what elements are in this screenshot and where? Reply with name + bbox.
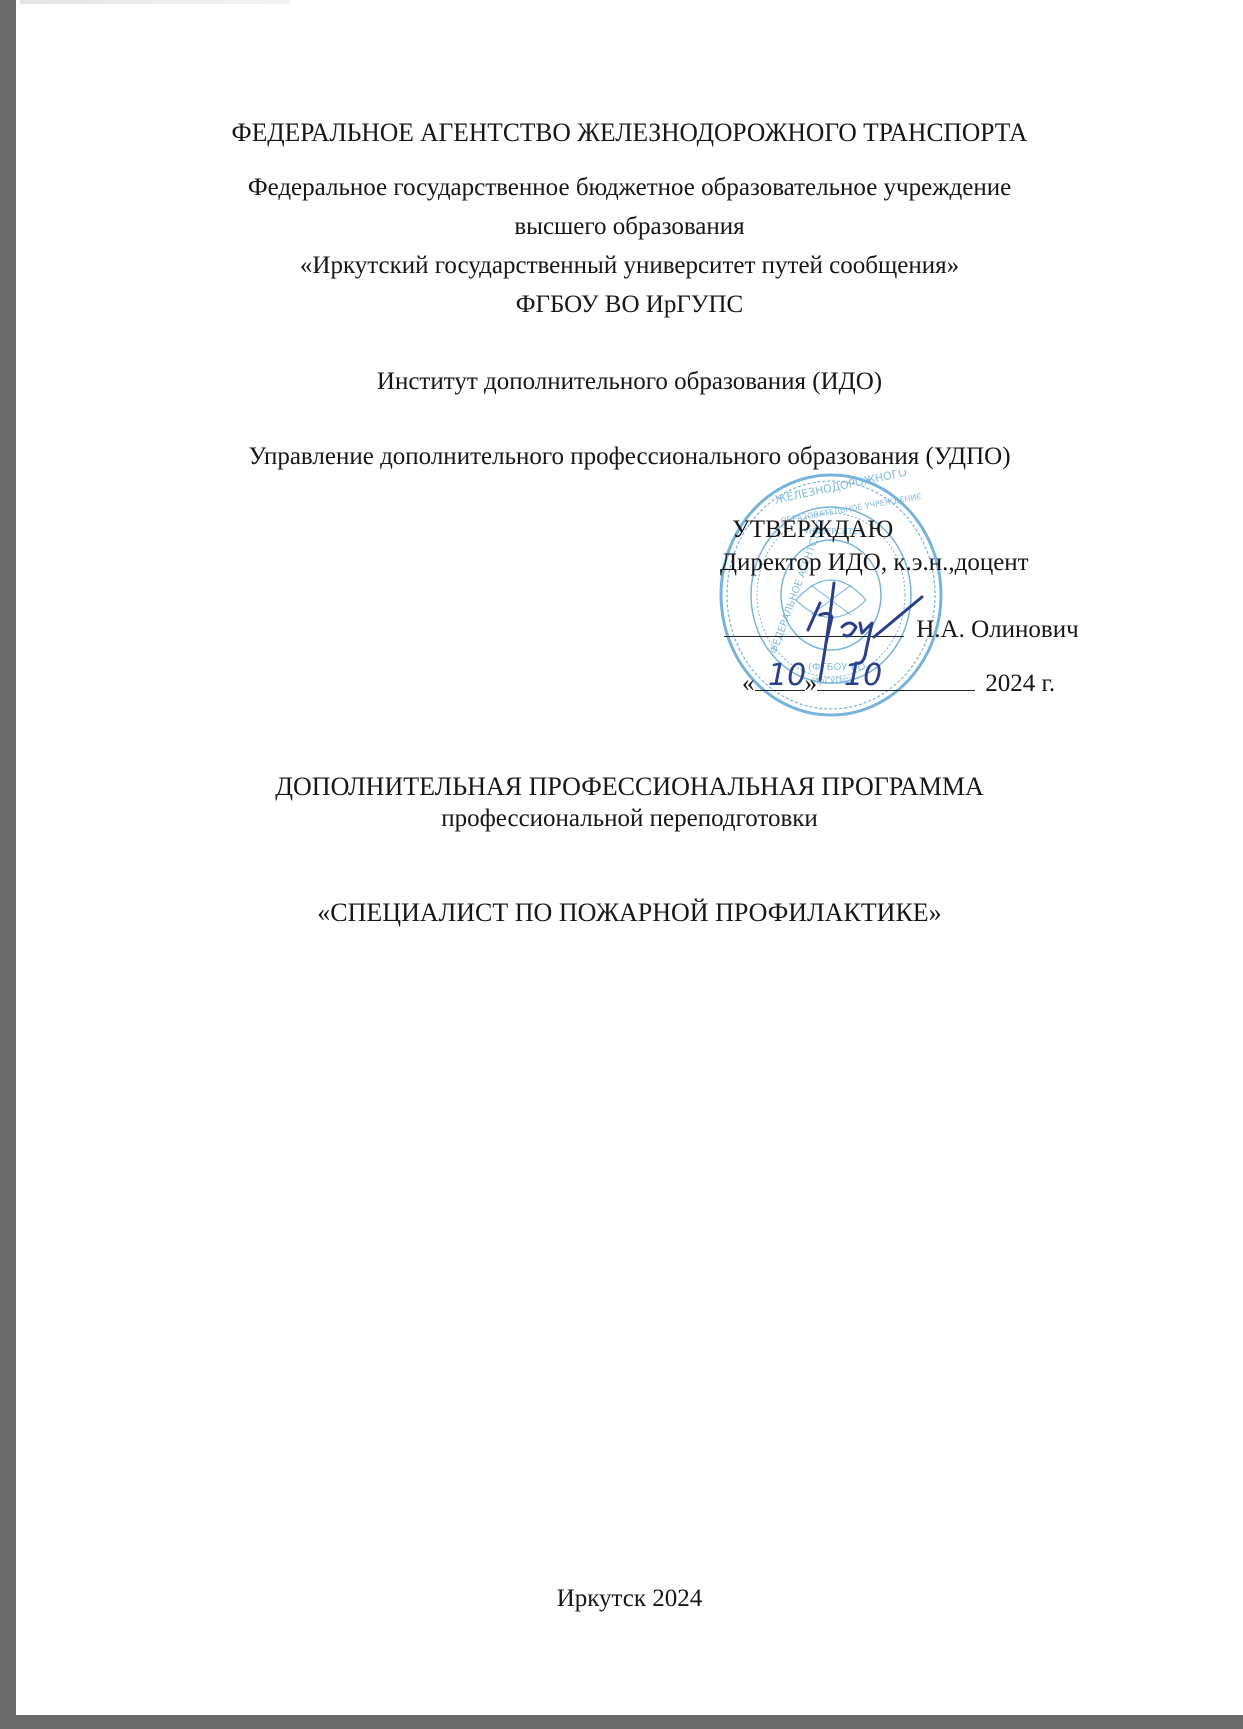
approver-name: Н.А. Олинович: [916, 616, 1078, 643]
scan-left-border: [0, 0, 16, 1729]
approver-role: Директор ИДО, к.э.н.,доцент: [720, 548, 1029, 578]
handwritten-date-day: 10: [768, 658, 806, 693]
institution-line-2: высшего образования: [16, 212, 1243, 242]
scan-bottom-border: [0, 1715, 1243, 1729]
scan-top-artifact: [20, 0, 290, 4]
program-subtype: профессиональной переподготовки: [16, 804, 1243, 834]
date-open-quote: «: [742, 670, 755, 697]
date-year: 2024 г.: [985, 670, 1055, 697]
institution-line-1: Федеральное государственное бюджетное об…: [16, 173, 1243, 203]
institution-abbreviation: ФГБОУ ВО ИрГУПС: [16, 290, 1243, 320]
agency-name: ФЕДЕРАЛЬНОЕ АГЕНТСТВО ЖЕЛЕЗНОДОРОЖНОГО Т…: [28, 118, 1230, 148]
program-title: «СПЕЦИАЛИСТ ПО ПОЖАРНОЙ ПРОФИЛАКТИКЕ»: [16, 898, 1243, 928]
approval-title: УТВЕРЖДАЮ: [732, 515, 893, 545]
city-year: Иркутск 2024: [16, 1584, 1243, 1614]
institution-line-3: «Иркутский государственный университет п…: [16, 251, 1243, 281]
program-type: ДОПОЛНИТЕЛЬНАЯ ПРОФЕССИОНАЛЬНАЯ ПРОГРАММ…: [16, 772, 1243, 802]
institute-name: Институт дополнительного образования (ИД…: [16, 367, 1243, 397]
handwritten-date-month: 10: [844, 658, 882, 693]
department-name: Управление дополнительного профессиональ…: [16, 442, 1243, 472]
